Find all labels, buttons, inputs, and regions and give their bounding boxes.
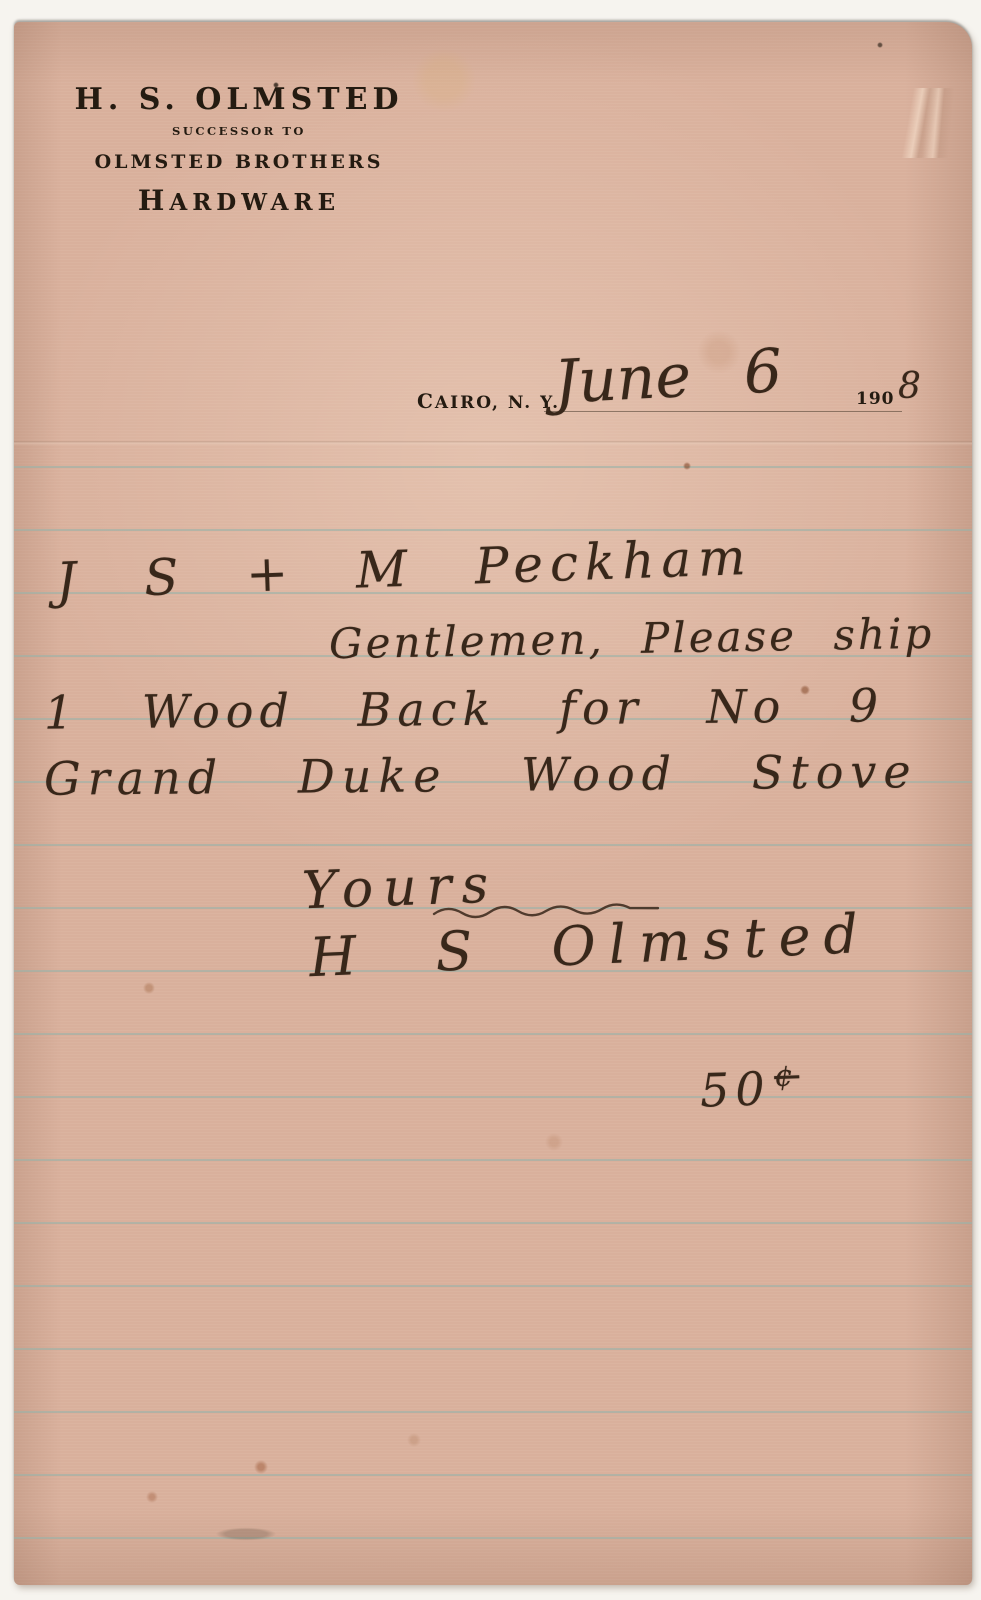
cent-symbol: ¢ <box>774 1058 800 1094</box>
scanned-letter: H. S. OLMSTED SUCCESSOR TO OLMSTED BROTH… <box>0 0 981 1600</box>
order-line-2: Grand Duke Wood Stove <box>44 744 918 806</box>
letterhead-company-name: H. S. OLMSTED <box>64 82 414 117</box>
letterhead-predecessor-name: OLMSTED BROTHERS <box>64 151 414 173</box>
dateline-place: CAIRO, N. Y., <box>417 389 568 413</box>
letterhead-successor-line: SUCCESSOR TO <box>64 124 414 138</box>
printed-year-prefix: 190 <box>856 389 895 409</box>
letter-paper: H. S. OLMSTED SUCCESSOR TO OLMSTED BROTH… <box>14 22 972 1585</box>
letterhead: H. S. OLMSTED SUCCESSOR TO OLMSTED BROTH… <box>64 82 414 217</box>
corner-crease <box>874 88 966 158</box>
fold-crease <box>14 441 972 445</box>
handwritten-year-digit: 8 <box>898 366 921 407</box>
handwritten-date: June 6 <box>552 336 783 418</box>
price-note: 50¢ <box>699 1060 800 1117</box>
order-line-1: 1 Wood Back for No 9 <box>44 678 885 739</box>
letterhead-business-type: HARDWARE <box>64 184 414 217</box>
price-amount: 50 <box>699 1061 771 1117</box>
